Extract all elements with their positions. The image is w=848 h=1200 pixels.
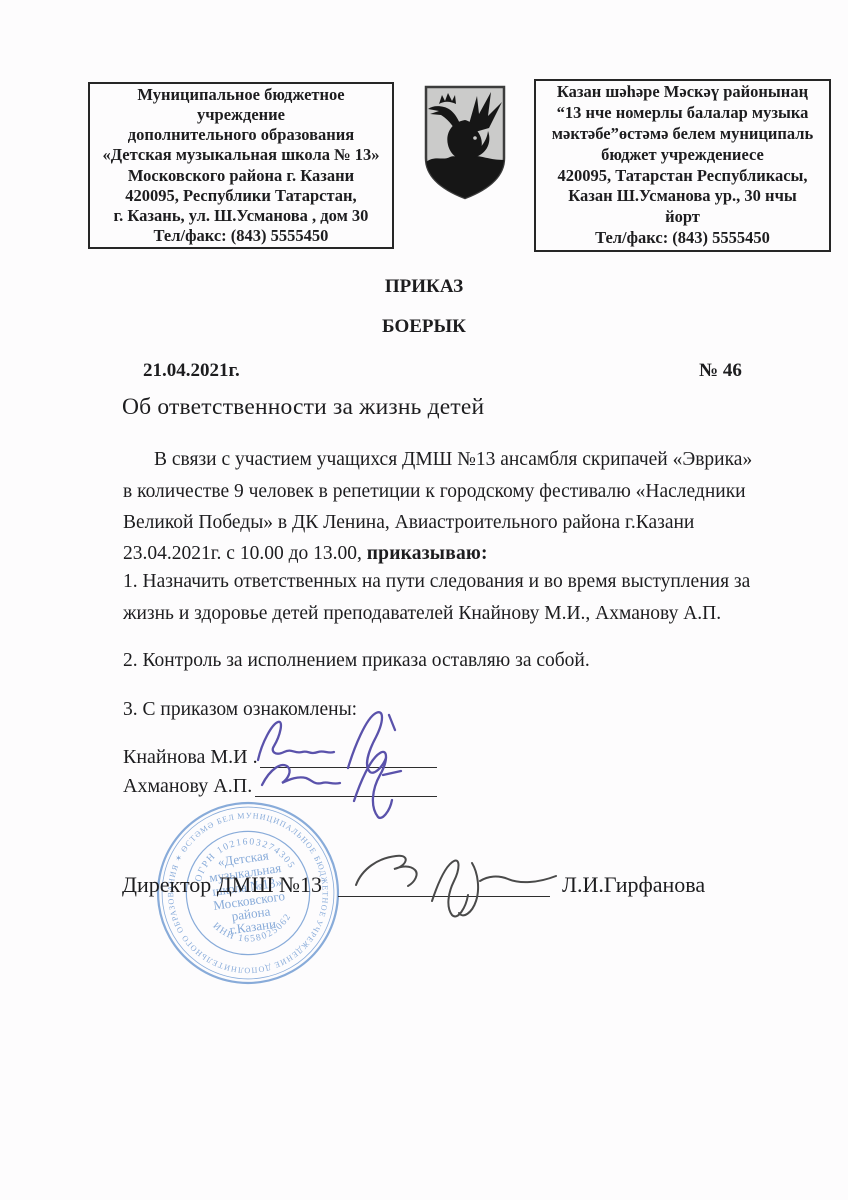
signatory-2-name: Ахманову А.П. (123, 775, 252, 797)
order-title-ru: ПРИКАЗ (0, 276, 848, 298)
kazan-coat-of-arms-icon (419, 80, 511, 205)
school-header-ru: Муниципальное бюджетное учреждение допол… (88, 82, 394, 249)
order-item-1: 1. Назначить ответственных на пути следо… (123, 566, 783, 629)
school-header-tat: Казан шәһәре Мәскәү районынаң “13 нче но… (534, 79, 831, 252)
director-name: Л.И.Гирфанова (562, 872, 705, 897)
order-intro-paragraph: В связи с участием учащихся ДМШ №13 анса… (123, 444, 783, 539)
director-label: Директор ДМШ №13 (122, 872, 322, 897)
scanned-document-page: Муниципальное бюджетное учреждение допол… (0, 0, 848, 1200)
order-date: 21.04.2021г. (143, 360, 240, 382)
order-intro-tail: 23.04.2021г. с 10.00 до 13.00, приказыва… (123, 538, 783, 570)
order-keyword: приказываю: (367, 543, 488, 564)
signatory-1-name: Кнайнова М.И . (123, 746, 258, 768)
director-handwritten-signature (348, 843, 566, 925)
order-subject: Об ответственности за жизнь детей (122, 394, 484, 421)
order-title-tat: БОЕРЫК (0, 316, 848, 338)
handwritten-signature-2 (250, 745, 450, 823)
order-item-3: 3. С приказом ознакомлены: (123, 694, 783, 726)
order-item-2: 2. Контроль за исполнением приказа остав… (123, 645, 783, 677)
order-number: № 46 (699, 360, 742, 382)
intro-tail-text: 23.04.2021г. с 10.00 до 13.00, (123, 543, 367, 564)
